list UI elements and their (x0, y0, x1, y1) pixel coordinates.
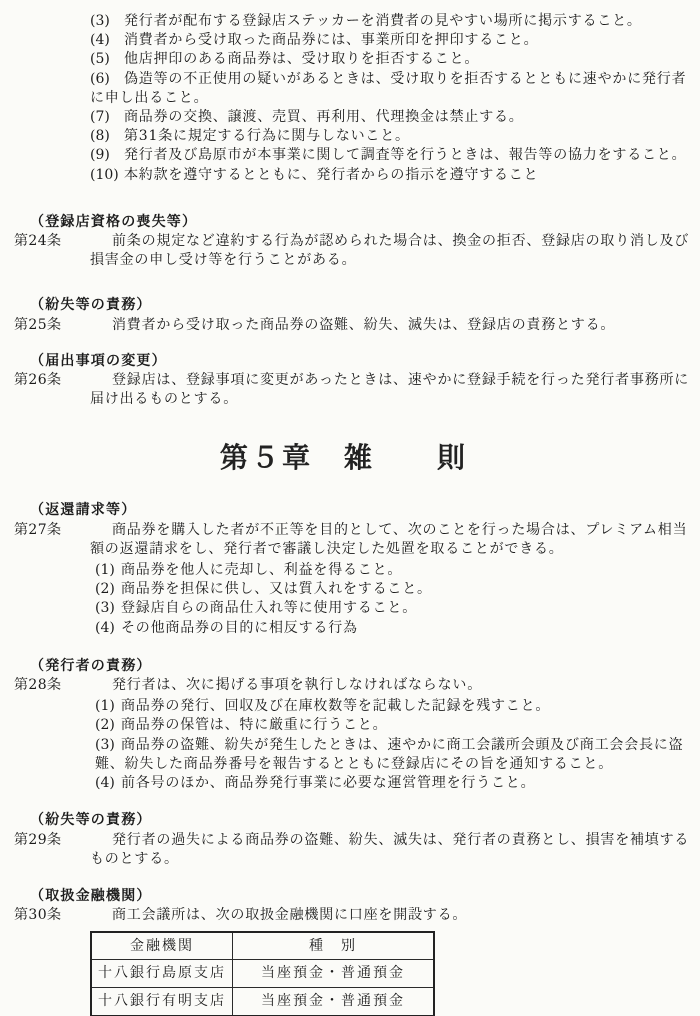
article-number: 第24条 (14, 232, 61, 251)
item-text: 商品券を担保に供し、又は質入れをすること。 (121, 581, 432, 597)
item-number: (2) (95, 716, 121, 735)
document-page: (3)発行者が配布する登録店ステッカーを消費者の見やすい場所に掲示すること。 (… (0, 0, 700, 1016)
article-number: 第26条 (14, 371, 61, 390)
item-text: その他商品券の目的に相反する行為 (121, 620, 358, 636)
item-text: 発行者及び島原市が本事業に関して調査等を行うときは、報告等の協力をすること。 (124, 147, 686, 163)
article-text: 前条の規定など違約する行為が認められた場合は、換金の拒否、登録店の取り消し及び損… (90, 232, 694, 270)
section-heading: （発行者の責務） (30, 657, 700, 676)
item-text: 第31条に規定する行為に関与しないこと。 (124, 128, 410, 144)
item-number: (2) (95, 580, 121, 599)
section-heading: （届出事項の変更） (30, 352, 700, 371)
table-row: 十八銀行島原支店 当座預金・普通預金 (91, 960, 434, 988)
article-number: 第25条 (14, 316, 61, 335)
item-number: (6) (90, 70, 124, 89)
article-text: 登録店は、登録事項に変更があったときは、速やかに登録手続を行った発行者事務所に届… (90, 371, 694, 409)
item-text: 前各号のほか、商品券発行事業に必要な運営管理を行うこと。 (121, 775, 535, 791)
article: 第27条 商品券を購入した者が不正等を目的として、次のことを行った場合は、プレミ… (0, 521, 694, 559)
item-number: (4) (90, 31, 124, 50)
article-text: 商工会議所は、次の取扱金融機関に口座を開設する。 (90, 906, 694, 925)
item-number: (5) (90, 50, 124, 69)
list-item: (2)商品券を担保に供し、又は質入れをすること。 (95, 580, 694, 599)
list-item: (4)消費者から受け取った商品券には、事業所印を押印すること。 (90, 31, 694, 50)
table-cell: 当座預金・普通預金 (233, 988, 435, 1016)
article: 第26条 登録店は、登録事項に変更があったときは、速やかに登録手続を行った発行者… (0, 371, 694, 409)
article-text: 消費者から受け取った商品券の盗難、紛失、滅失は、登録店の責務とする。 (90, 316, 694, 335)
table-cell: 十八銀行島原支店 (91, 960, 233, 988)
article-number: 第28条 (14, 676, 61, 695)
list-item: (1)商品券を他人に売却し、利益を得ること。 (95, 561, 694, 580)
table-cell: 十八銀行有明支店 (91, 988, 233, 1016)
article: 第29条 発行者の過失による商品券の盗難、紛失、滅失は、発行者の責務とし、損害を… (0, 831, 694, 869)
item-text: 商品券の発行、回収及び在庫枚数等を記載した記録を残すこと。 (121, 698, 550, 714)
list-item: (5)他店押印のある商品券は、受け取りを拒否すること。 (90, 50, 694, 69)
item-text: 消費者から受け取った商品券には、事業所印を押印すること。 (124, 32, 538, 48)
item-text: 本約款を遵守するとともに、発行者からの指示を遵守すること (124, 167, 538, 183)
item-text: 商品券を他人に売却し、利益を得ること。 (121, 562, 402, 578)
item-number: (3) (95, 599, 121, 618)
list-item: (1)商品券の発行、回収及び在庫枚数等を記載した記録を残すこと。 (95, 697, 694, 716)
item-text: 商品券の保管は、特に厳重に行うこと。 (121, 717, 387, 733)
list-item: (3)登録店自らの商品仕入れ等に使用すること。 (95, 599, 694, 618)
list-item: (3)発行者が配布する登録店ステッカーを消費者の見やすい場所に掲示すること。 (90, 12, 694, 31)
section-heading: （返還請求等） (30, 501, 700, 520)
item-number: (8) (90, 127, 124, 146)
item-text: 他店押印のある商品券は、受け取りを拒否すること。 (124, 51, 479, 67)
clause-list: (3)発行者が配布する登録店ステッカーを消費者の見やすい場所に掲示すること。 (… (90, 12, 694, 185)
item-number: (3) (90, 12, 124, 31)
article: 第24条 前条の規定など違約する行為が認められた場合は、換金の拒否、登録店の取り… (0, 232, 694, 270)
item-number: (1) (95, 561, 121, 580)
list-item: (3)商品券の盗難、紛失が発生したときは、速やかに商工会議所会頭及び商工会会長に… (95, 736, 694, 774)
article-number: 第29条 (14, 831, 61, 850)
item-number: (4) (95, 774, 121, 793)
article-text: 発行者の過失による商品券の盗難、紛失、滅失は、発行者の責務とし、損害を補填するも… (90, 831, 694, 869)
article: 第25条 消費者から受け取った商品券の盗難、紛失、滅失は、登録店の責務とする。 (0, 316, 694, 335)
item-text: 発行者が配布する登録店ステッカーを消費者の見やすい場所に掲示すること。 (124, 13, 642, 29)
item-number: (1) (95, 697, 121, 716)
table-header-row: 金融機関 種 別 (91, 932, 434, 960)
item-text: 登録店自らの商品仕入れ等に使用すること。 (121, 600, 417, 616)
list-item: (4)その他商品券の目的に相反する行為 (95, 619, 694, 638)
item-text: 商品券の交換、譲渡、売買、再利用、代理換金は禁止する。 (124, 109, 524, 125)
list-item: (2)商品券の保管は、特に厳重に行うこと。 (95, 716, 694, 735)
chapter-heading: 第５章 雑 則 (220, 441, 700, 475)
article: 第28条 発行者は、次に掲げる事項を執行しなければならない。 (0, 676, 694, 695)
table-header-cell: 金融機関 (91, 932, 233, 960)
article: 第30条 商工会議所は、次の取扱金融機関に口座を開設する。 (0, 906, 694, 925)
article-text: 商品券を購入した者が不正等を目的として、次のことを行った場合は、プレミアム相当額… (90, 521, 694, 559)
item-number: (10) (90, 166, 124, 185)
section-heading: （取扱金融機関） (30, 887, 700, 906)
article-number: 第27条 (14, 521, 61, 540)
list-item: (7)商品券の交換、譲渡、売買、再利用、代理換金は禁止する。 (90, 108, 694, 127)
item-number: (3) (95, 736, 121, 755)
table-row: 十八銀行有明支店 当座預金・普通預金 (91, 988, 434, 1016)
item-number: (4) (95, 619, 121, 638)
list-item: (4)前各号のほか、商品券発行事業に必要な運営管理を行うこと。 (95, 774, 694, 793)
table-header-cell: 種 別 (233, 932, 435, 960)
article-text: 発行者は、次に掲げる事項を執行しなければならない。 (90, 676, 694, 695)
item-text: 商品券の盗難、紛失が発生したときは、速やかに商工会議所会頭及び商工会会長に盗難、… (95, 737, 683, 772)
list-item: (10)本約款を遵守するとともに、発行者からの指示を遵守すること (90, 166, 694, 185)
section-heading: （登録店資格の喪失等） (30, 213, 700, 232)
item-text: 偽造等の不正使用の疑いがあるときは、受け取りを拒否するとともに速やかに発行者に申… (90, 71, 686, 106)
list-item: (6)偽造等の不正使用の疑いがあるときは、受け取りを拒否するとともに速やかに発行… (90, 70, 694, 108)
list-item: (9)発行者及び島原市が本事業に関して調査等を行うときは、報告等の協力をすること… (90, 146, 694, 165)
table-cell: 当座預金・普通預金 (233, 960, 435, 988)
bank-accounts-table: 金融機関 種 別 十八銀行島原支店 当座預金・普通預金 十八銀行有明支店 当座預… (90, 931, 435, 1016)
section-heading: （紛失等の責務） (30, 811, 700, 830)
item-number: (9) (90, 146, 124, 165)
sub-item-list: (1)商品券の発行、回収及び在庫枚数等を記載した記録を残すこと。 (2)商品券の… (95, 697, 694, 793)
article-number: 第30条 (14, 906, 61, 925)
sub-item-list: (1)商品券を他人に売却し、利益を得ること。 (2)商品券を担保に供し、又は質入… (95, 561, 694, 638)
list-item: (8)第31条に規定する行為に関与しないこと。 (90, 127, 694, 146)
item-number: (7) (90, 108, 124, 127)
section-heading: （紛失等の責務） (30, 296, 700, 315)
